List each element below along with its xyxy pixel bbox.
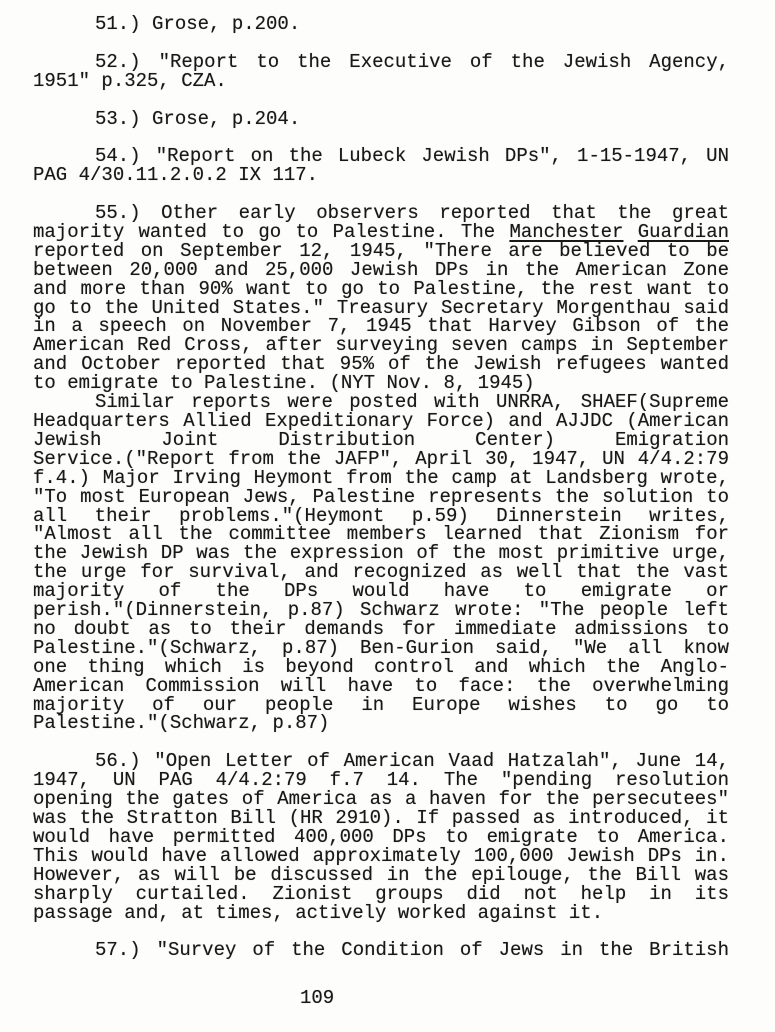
- text-line: passage and, at times, actively worked a…: [33, 904, 729, 923]
- paragraph: 56.) "Open Letter of American Vaad Hatza…: [33, 752, 729, 922]
- paragraph: 53.) Grose, p.204.: [33, 110, 729, 129]
- text-segment: Palestine."(Schwarz, p.87): [33, 712, 329, 734]
- text-segment: 1951" p.325, CZA.: [33, 70, 227, 92]
- text-line: 1951" p.325, CZA.: [33, 72, 729, 91]
- paragraph: 55.) Other early observers reported that…: [33, 204, 729, 393]
- text-line: Palestine."(Schwarz, p.87): [33, 714, 729, 733]
- paragraph: 52.) "Report to the Executive of the Jew…: [33, 53, 729, 91]
- paragraph: 54.) "Report on the Lubeck Jewish DPs", …: [33, 147, 729, 185]
- paragraph: 51.) Grose, p.200.: [33, 15, 729, 34]
- text-segment: 53.) Grose, p.204.: [95, 108, 300, 130]
- text-segment: passage and, at times, actively worked a…: [33, 902, 603, 924]
- paragraph: 57.) "Survey of the Condition of Jews in…: [33, 941, 729, 960]
- text-line: 51.) Grose, p.200.: [33, 15, 729, 34]
- text-line: PAG 4/30.11.2.0.2 IX 117.: [33, 166, 729, 185]
- text-segment: 51.) Grose, p.200.: [95, 13, 300, 35]
- paragraph: Similar reports were posted with UNRRA, …: [33, 393, 729, 733]
- document-page: 51.) Grose, p.200.52.) "Report to the Ex…: [0, 0, 775, 1032]
- text-segment: PAG 4/30.11.2.0.2 IX 117.: [33, 164, 318, 186]
- text-line: 57.) "Survey of the Condition of Jews in…: [33, 941, 729, 960]
- page-number: 109: [300, 989, 334, 1008]
- text-line: 53.) Grose, p.204.: [33, 110, 729, 129]
- text-segment: 57.) "Survey of the Condition of Jews in…: [95, 939, 729, 961]
- document-text: 51.) Grose, p.200.52.) "Report to the Ex…: [33, 15, 729, 960]
